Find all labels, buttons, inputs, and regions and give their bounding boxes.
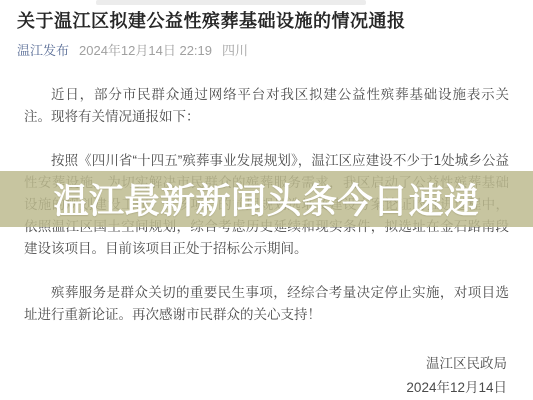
paragraph-decision: 殡葬服务是群众关切的重要民生事项，经综合考量决定停止实施，对项目选址进行重新论证… [24,282,509,326]
signature-org: 温江区民政局 [24,352,507,376]
publisher-account-link[interactable]: 温江发布 [17,43,69,59]
article-meta: 温江发布 2024年12月14日 22:19 四川 [17,43,515,59]
article-title: 关于温江区拟建公益性殡葬基础设施的情况通报 [17,9,515,34]
top-cutoff-artifact [96,0,366,5]
publish-region: 四川 [222,43,248,59]
paragraph-intro: 近日，部分市民群众通过网络平台对我区拟建公益性殡葬基础设施表示关注。现将有关情况… [24,84,509,128]
article-header: 关于温江区拟建公益性殡葬基础设施的情况通报 温江发布 2024年12月14日 2… [0,0,533,59]
signature-date: 2024年12月14日 [24,376,507,400]
publish-datetime: 2024年12月14日 22:19 [79,43,212,59]
article-body: 近日，部分市民群众通过网络平台对我区拟建公益性殡葬基础设施表示关注。现将有关情况… [0,59,533,400]
article-page: 关于温江区拟建公益性殡葬基础设施的情况通报 温江发布 2024年12月14日 2… [0,0,533,400]
signature-block: 温江区民政局 2024年12月14日 [24,352,509,400]
paragraph-project-background: 按照《四川省“十四五”殡葬事业发展规划》，温江区应建设不少于1处城乡公益性安葬设… [24,150,509,260]
